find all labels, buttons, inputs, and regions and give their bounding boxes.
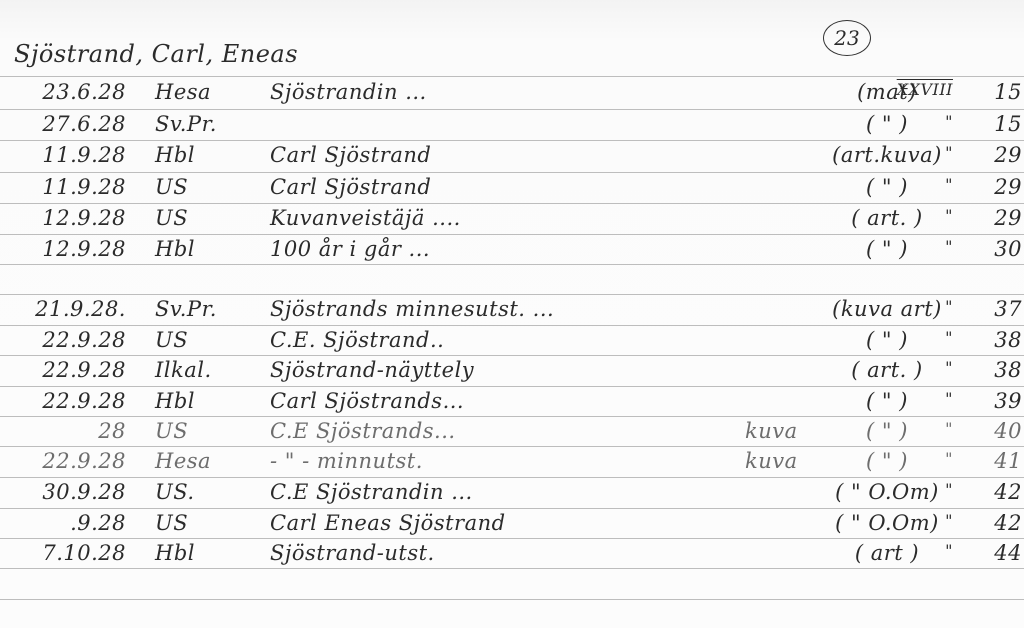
entry-title: Sjöstrands minnesutst. ... (270, 297, 554, 321)
ruled-line (0, 294, 1024, 295)
entry-volume: " (885, 206, 953, 225)
entry-page: 15 (960, 80, 1022, 104)
entry-volume: " (885, 328, 953, 347)
entry-source: Hesa (155, 80, 211, 104)
entry-page: 44 (960, 541, 1022, 565)
entry-page: 37 (960, 297, 1022, 321)
entry-date: 11.9.28 (0, 143, 126, 167)
entry-source: Ilkal. (155, 358, 212, 382)
entry-date: 12.9.28 (0, 206, 126, 230)
entry-volume: " (885, 389, 953, 408)
entry-date: 23.6.28 (0, 80, 126, 104)
entry-date: 30.9.28 (0, 480, 126, 504)
ruled-line (0, 446, 1024, 447)
entry-source: US (155, 175, 188, 199)
ruled-line (0, 140, 1024, 141)
entry-note: kuva (745, 449, 798, 473)
entry-page: 42 (960, 480, 1022, 504)
entry-source: US (155, 419, 188, 443)
entry-title: Carl Sjöstrand (270, 143, 431, 167)
entry-source: Hesa (155, 449, 211, 473)
entry-page: 29 (960, 206, 1022, 230)
entry-volume: " (885, 511, 953, 530)
entry-title: Carl Sjöstrands... (270, 389, 464, 413)
entry-title: Sjöstrandin ... (270, 80, 427, 104)
entry-volume: XXVIII (885, 80, 953, 99)
entry-title: C.E Sjöstrandin ... (270, 480, 473, 504)
entry-volume: " (885, 143, 953, 162)
entry-source: Sv.Pr. (155, 297, 217, 321)
entry-volume: " (885, 358, 953, 377)
ruled-line (0, 264, 1024, 265)
entry-date: 28 (0, 419, 126, 443)
entry-title: Sjöstrand-näyttely (270, 358, 474, 382)
entry-volume: " (885, 297, 953, 316)
ruled-line (0, 234, 1024, 235)
entry-source: Hbl (155, 389, 195, 413)
entry-volume: " (885, 175, 953, 194)
entry-title: - " - minnutst. (270, 449, 423, 473)
entry-volume: " (885, 419, 953, 438)
entry-volume: " (885, 480, 953, 499)
ruled-line (0, 568, 1024, 569)
entry-source: US. (155, 480, 195, 504)
entry-title: C.E. Sjöstrand.. (270, 328, 444, 352)
index-card: 23 Sjöstrand, Carl, Eneas 23.6.28HesaSjö… (0, 0, 1024, 628)
entry-page: 29 (960, 175, 1022, 199)
entry-title: Carl Sjöstrand (270, 175, 431, 199)
entry-note: kuva (745, 419, 798, 443)
entry-volume: " (885, 449, 953, 468)
entry-page: 38 (960, 358, 1022, 382)
entry-source: Hbl (155, 541, 195, 565)
ruled-line (0, 76, 1024, 77)
entry-date: 27.6.28 (0, 112, 126, 136)
ruled-line (0, 325, 1024, 326)
ruled-line (0, 203, 1024, 204)
entry-title: Carl Eneas Sjöstrand (270, 511, 506, 535)
entry-title: C.E Sjöstrands... (270, 419, 456, 443)
entry-page: 30 (960, 237, 1022, 261)
entry-date: 7.10.28 (0, 541, 126, 565)
entry-date: .9.28 (0, 511, 126, 535)
entry-source: Hbl (155, 143, 195, 167)
entry-page: 40 (960, 419, 1022, 443)
ruled-line (0, 599, 1024, 600)
entry-page: 15 (960, 112, 1022, 136)
ruled-line (0, 172, 1024, 173)
entry-page: 38 (960, 328, 1022, 352)
entry-title: Kuvanveistäjä .... (270, 206, 461, 230)
entry-page: 41 (960, 449, 1022, 473)
entry-source: US (155, 206, 188, 230)
ruled-line (0, 386, 1024, 387)
ruled-line (0, 355, 1024, 356)
card-heading: Sjöstrand, Carl, Eneas (14, 40, 298, 68)
entry-date: 22.9.28 (0, 449, 126, 473)
entry-source: Sv.Pr. (155, 112, 217, 136)
entry-source: US (155, 511, 188, 535)
entry-date: 21.9.28. (0, 297, 126, 321)
ruled-line (0, 508, 1024, 509)
entry-page: 29 (960, 143, 1022, 167)
ruled-line (0, 416, 1024, 417)
entry-source: Hbl (155, 237, 195, 261)
ruled-line (0, 538, 1024, 539)
entry-source: US (155, 328, 188, 352)
entry-date: 22.9.28 (0, 389, 126, 413)
ruled-line (0, 109, 1024, 110)
entry-page: 42 (960, 511, 1022, 535)
entry-title: Sjöstrand-utst. (270, 541, 435, 565)
entry-date: 22.9.28 (0, 328, 126, 352)
entry-volume: " (885, 541, 953, 560)
entry-title: 100 år i går ... (270, 237, 430, 261)
card-number-circle: 23 (823, 20, 871, 56)
entry-date: 22.9.28 (0, 358, 126, 382)
entry-date: 12.9.28 (0, 237, 126, 261)
entry-date: 11.9.28 (0, 175, 126, 199)
entry-page: 39 (960, 389, 1022, 413)
ruled-line (0, 477, 1024, 478)
entry-volume: " (885, 237, 953, 256)
entry-volume: " (885, 112, 953, 131)
